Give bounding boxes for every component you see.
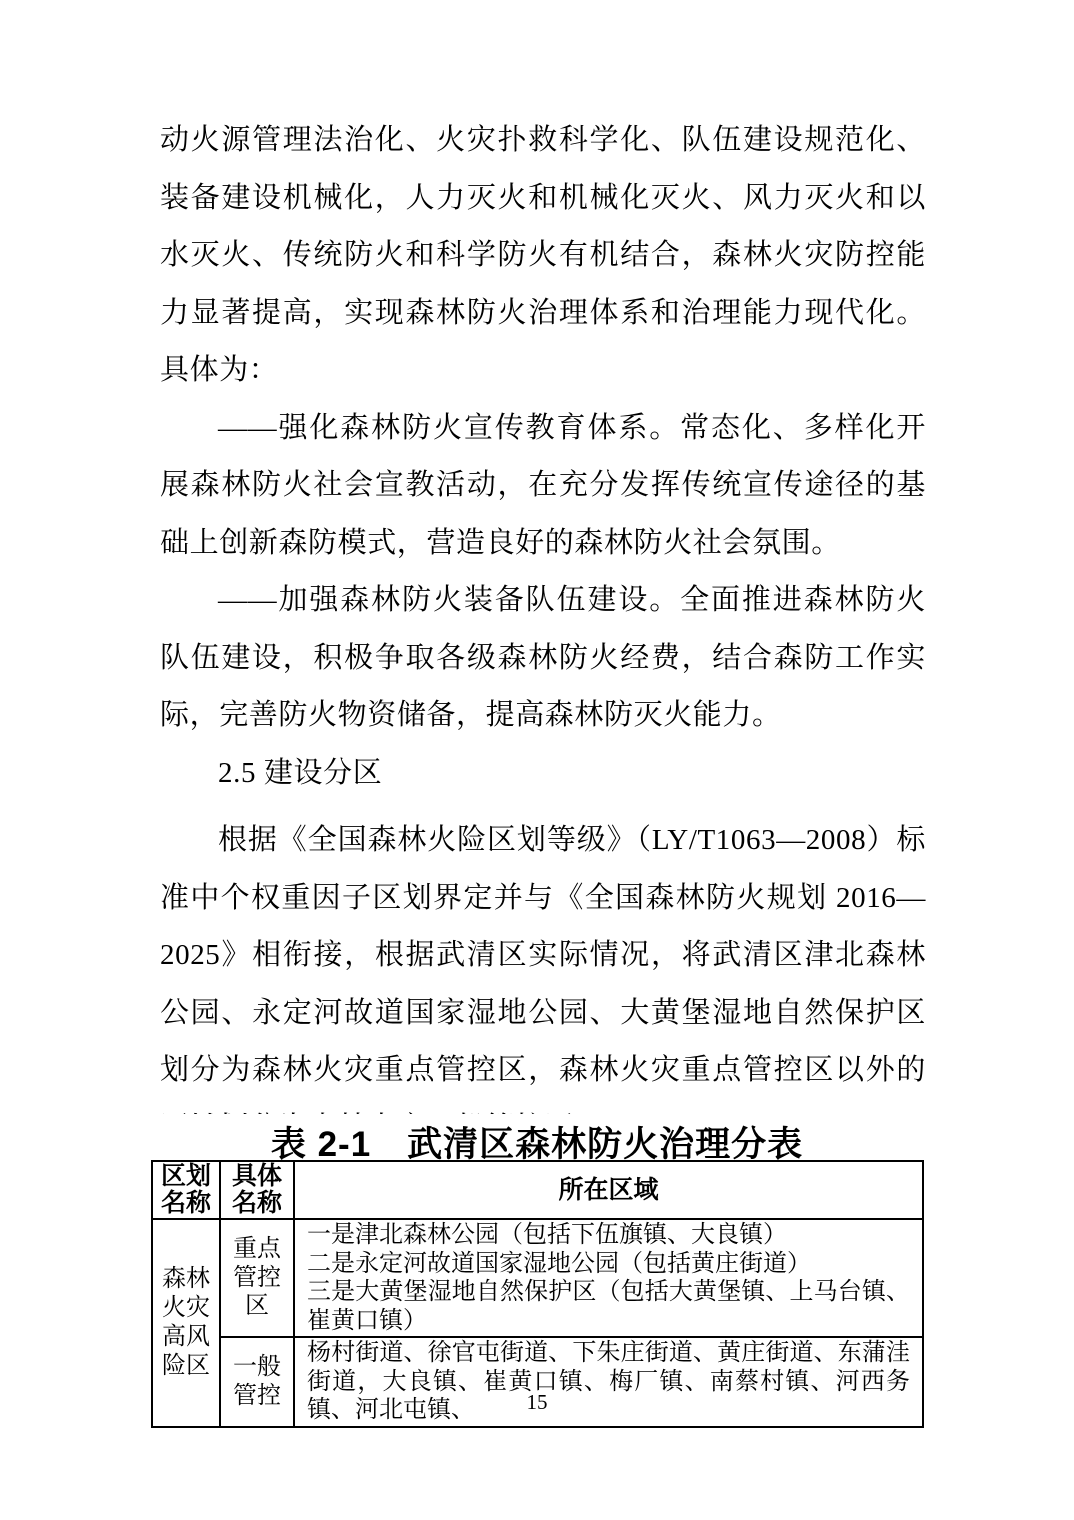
paragraph-dash-propaganda: ——强化森林防火宣传教育体系。常态化、多样化开展森林防火社会宣教活动，在充分发挥… — [160, 400, 926, 573]
table-row-key-control: 森林火灾高风险区 重点管控区 一是津北森林公园（包括下伍旗镇、大良镇） 二是永定… — [152, 1219, 923, 1337]
region-line: 三是大黄堡湿地自然保护区（包括大黄堡镇、上马台镇、崔黄口镇） — [307, 1278, 910, 1335]
section-heading: 2.5 建设分区 — [160, 745, 926, 803]
column-header-specific-name: 具体名称 — [220, 1161, 294, 1219]
document-page: 动火源管理法治化、火灾扑救科学化、队伍建设规范化、装备建设机械化，人力灭火和机械… — [0, 0, 1074, 1520]
paragraph-continuation: 动火源管理法治化、火灾扑救科学化、队伍建设规范化、装备建设机械化，人力灭火和机械… — [160, 112, 926, 400]
region-line: 二是永定河故道国家湿地公园（包括黄庄街道） — [307, 1250, 910, 1279]
page-number: 15 — [0, 1390, 1074, 1415]
zoning-table: 区划名称 具体名称 所在区域 森林火灾高风险区 重点管控区 一是津北森林公园（包… — [151, 1160, 924, 1428]
paragraph-dash-equipment: ——加强森林防火装备队伍建设。全面推进森林防火队伍建设，积极争取各级森林防火经费… — [160, 572, 926, 745]
section-paragraph: 根据《全国森林火险区划等级》（LY/T1063—2008）标准中个权重因子区划界… — [160, 812, 926, 1114]
column-header-zone-name: 区划名称 — [152, 1161, 220, 1219]
category-cell-key-control: 重点管控区 — [220, 1219, 294, 1337]
region-line: 一是津北森林公园（包括下伍旗镇、大良镇） — [307, 1221, 910, 1250]
column-header-region: 所在区域 — [294, 1161, 923, 1219]
body-text: 动火源管理法治化、火灾扑救科学化、队伍建设规范化、装备建设机械化，人力灭火和机械… — [160, 112, 926, 1114]
region-cell-key-control: 一是津北森林公园（包括下伍旗镇、大良镇） 二是永定河故道国家湿地公园（包括黄庄街… — [294, 1219, 923, 1337]
table-header-row: 区划名称 具体名称 所在区域 — [152, 1161, 923, 1219]
